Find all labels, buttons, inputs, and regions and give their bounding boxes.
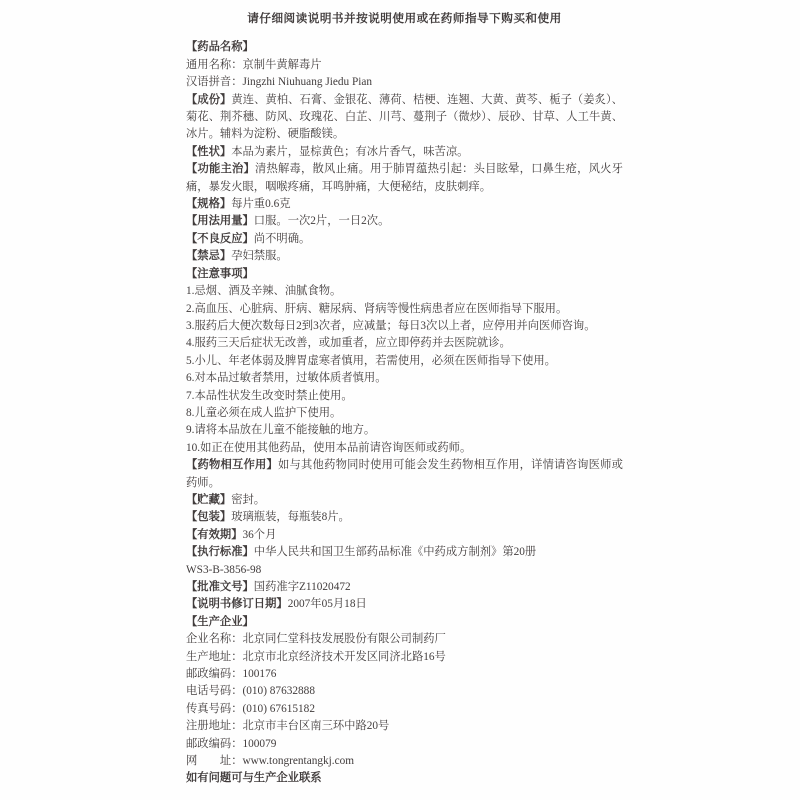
text-line: 1.忌烟、酒及辛辣、油腻食物。 [186, 283, 623, 300]
section-line: 【性状】本品为素片，显棕黄色；有冰片香气，味苦凉。 [186, 144, 623, 161]
section-line: 【规格】每片重0.6克 [186, 196, 623, 213]
section-line: 【功能主治】清热解毒，散风止痛。用于肺胃蕴热引起：头目眩晕，口鼻生疮，风火牙痛，… [186, 161, 623, 196]
section-text: 36个月 [243, 529, 277, 541]
text-line: 4.服药三天后症状无改善，或加重者，应立即停药并去医院就诊。 [186, 335, 623, 352]
text-line: 邮政编码：100176 [186, 666, 623, 683]
section-text: 1.忌烟、酒及辛辣、油腻食物。 [186, 285, 341, 297]
section-label: 【规格】 [186, 198, 231, 210]
section-text: 传真号码：(010) 67615182 [186, 703, 315, 715]
section-label: 【性状】 [186, 146, 231, 158]
section-text: 通用名称：京制牛黄解毒片 [186, 59, 322, 71]
section-text: 孕妇禁服。 [231, 250, 288, 262]
section-text: 本品为素片，显棕黄色；有冰片香气，味苦凉。 [231, 146, 468, 158]
section-line: 【贮藏】密封。 [186, 492, 623, 509]
section-text: 企业名称：北京同仁堂科技发展股份有限公司制药厂 [186, 633, 446, 645]
section-line: 【成份】黄连、黄柏、石膏、金银花、薄荷、桔梗、连翘、大黄、黄芩、栀子（姜炙）、菊… [186, 92, 623, 144]
leaflet-body: 【药品名称】通用名称：京制牛黄解毒片汉语拼音：Jingzhi Niuhuang … [186, 39, 623, 770]
section-text: 6.对本品过敏者禁用，过敏体质者慎用。 [186, 372, 387, 384]
text-line: 汉语拼音：Jingzhi Niuhuang Jiedu Pian [186, 74, 623, 91]
text-line: 注册地址：北京市丰台区南三环中路20号 [186, 718, 623, 735]
leaflet-footer-notice: 如有问题可与生产企业联系 [186, 770, 623, 787]
text-line: 3.服药后大便次数每日2到3次者，应减量；每日3次以上者，应停用并向医师咨询。 [186, 318, 623, 335]
section-text: 玻璃瓶装，每瓶装8片。 [231, 511, 350, 523]
section-line: 【包装】玻璃瓶装，每瓶装8片。 [186, 509, 623, 526]
section-text: 10.如正在使用其他药品，使用本品前请咨询医师或药师。 [186, 442, 471, 454]
text-line: 生产地址：北京市北京经济技术开发区同济北路16号 [186, 649, 623, 666]
section-label: 【执行标准】 [186, 546, 254, 558]
section-text: 9.请将本品放在儿童不能接触的地方。 [186, 424, 375, 436]
section-label: 【贮藏】 [186, 494, 231, 506]
section-text: 口服。一次2片，一日2次。 [254, 215, 390, 227]
section-text: 邮政编码：100079 [186, 738, 276, 750]
section-line: 【生产企业】 [186, 614, 623, 631]
section-text: 汉语拼音：Jingzhi Niuhuang Jiedu Pian [186, 76, 372, 88]
text-line: 10.如正在使用其他药品，使用本品前请咨询医师或药师。 [186, 440, 623, 457]
section-line: 【药物相互作用】如与其他药物同时使用可能会发生药物相互作用，详情请咨询医师或药师… [186, 457, 623, 492]
section-label: 【生产企业】 [186, 616, 254, 628]
section-text: WS3-B-3856-98 [186, 564, 261, 576]
section-line: 【说明书修订日期】2007年05月18日 [186, 596, 623, 613]
text-line: 企业名称：北京同仁堂科技发展股份有限公司制药厂 [186, 631, 623, 648]
leaflet-header-notice: 请仔细阅读说明书并按说明使用或在药师指导下购买和使用 [186, 10, 623, 27]
section-label: 【药物相互作用】 [186, 459, 278, 471]
section-text: 注册地址：北京市丰台区南三环中路20号 [186, 720, 389, 732]
section-text: 密封。 [231, 494, 265, 506]
section-line: 【药品名称】 [186, 39, 623, 56]
section-line: 【禁忌】孕妇禁服。 [186, 248, 623, 265]
text-line: 5.小儿、年老体弱及脾胃虚寒者慎用，若需使用，必须在医师指导下使用。 [186, 353, 623, 370]
section-text: 8.儿童必须在成人监护下使用。 [186, 407, 341, 419]
section-text: 网 址：www.tongrentangkj.com [186, 755, 354, 767]
section-text: 电话号码：(010) 87632888 [186, 685, 315, 697]
text-line: 电话号码：(010) 87632888 [186, 683, 623, 700]
section-line: 【批准文号】国药准字Z11020472 [186, 579, 623, 596]
section-text: 每片重0.6克 [231, 198, 290, 210]
section-text: 5.小儿、年老体弱及脾胃虚寒者慎用，若需使用，必须在医师指导下使用。 [186, 355, 556, 367]
section-text: 2007年05月18日 [288, 598, 367, 610]
section-label: 【注意事项】 [186, 268, 254, 280]
section-text: 7.本品性状发生改变时禁止使用。 [186, 390, 353, 402]
text-line: 6.对本品过敏者禁用，过敏体质者慎用。 [186, 370, 623, 387]
section-label: 【不良反应】 [186, 233, 254, 245]
section-text: 尚不明确。 [254, 233, 311, 245]
section-label: 【禁忌】 [186, 250, 231, 262]
section-text: 4.服药三天后症状无改善，或加重者，应立即停药并去医院就诊。 [186, 337, 511, 349]
section-line: 【注意事项】 [186, 266, 623, 283]
section-line: 【执行标准】中华人民共和国卫生部药品标准《中药成方制剂》第20册 [186, 544, 623, 561]
text-line: 7.本品性状发生改变时禁止使用。 [186, 388, 623, 405]
text-line: 邮政编码：100079 [186, 736, 623, 753]
section-text: 2.高血压、心脏病、肝病、糖尿病、肾病等慢性病患者应在医师指导下服用。 [186, 303, 567, 315]
section-label: 【有效期】 [186, 529, 243, 541]
section-text: 邮政编码：100176 [186, 668, 276, 680]
section-label: 【批准文号】 [186, 581, 254, 593]
text-line: 网 址：www.tongrentangkj.com [186, 753, 623, 770]
text-line: WS3-B-3856-98 [186, 562, 623, 579]
section-text: 国药准字Z11020472 [254, 581, 351, 593]
section-line: 【用法用量】口服。一次2片，一日2次。 [186, 213, 623, 230]
section-label: 【用法用量】 [186, 215, 254, 227]
section-line: 【有效期】36个月 [186, 527, 623, 544]
section-label: 【包装】 [186, 511, 231, 523]
section-text: 3.服药后大便次数每日2到3次者，应减量；每日3次以上者，应停用并向医师咨询。 [186, 320, 596, 332]
text-line: 8.儿童必须在成人监护下使用。 [186, 405, 623, 422]
section-text: 黄连、黄柏、石膏、金银花、薄荷、桔梗、连翘、大黄、黄芩、栀子（姜炙）、菊花、荆芥… [186, 94, 623, 141]
text-line: 通用名称：京制牛黄解毒片 [186, 57, 623, 74]
text-line: 2.高血压、心脏病、肝病、糖尿病、肾病等慢性病患者应在医师指导下服用。 [186, 301, 623, 318]
section-label: 【药品名称】 [186, 41, 254, 53]
section-label: 【说明书修订日期】 [186, 598, 288, 610]
drug-leaflet: 请仔细阅读说明书并按说明使用或在药师指导下购买和使用 【药品名称】通用名称：京制… [186, 10, 623, 788]
section-label: 【成份】 [186, 94, 231, 106]
section-label: 【功能主治】 [186, 163, 255, 175]
section-text: 生产地址：北京市北京经济技术开发区同济北路16号 [186, 651, 446, 663]
text-line: 9.请将本品放在儿童不能接触的地方。 [186, 422, 623, 439]
text-line: 传真号码：(010) 67615182 [186, 701, 623, 718]
section-line: 【不良反应】尚不明确。 [186, 231, 623, 248]
section-text: 中华人民共和国卫生部药品标准《中药成方制剂》第20册 [254, 546, 536, 558]
